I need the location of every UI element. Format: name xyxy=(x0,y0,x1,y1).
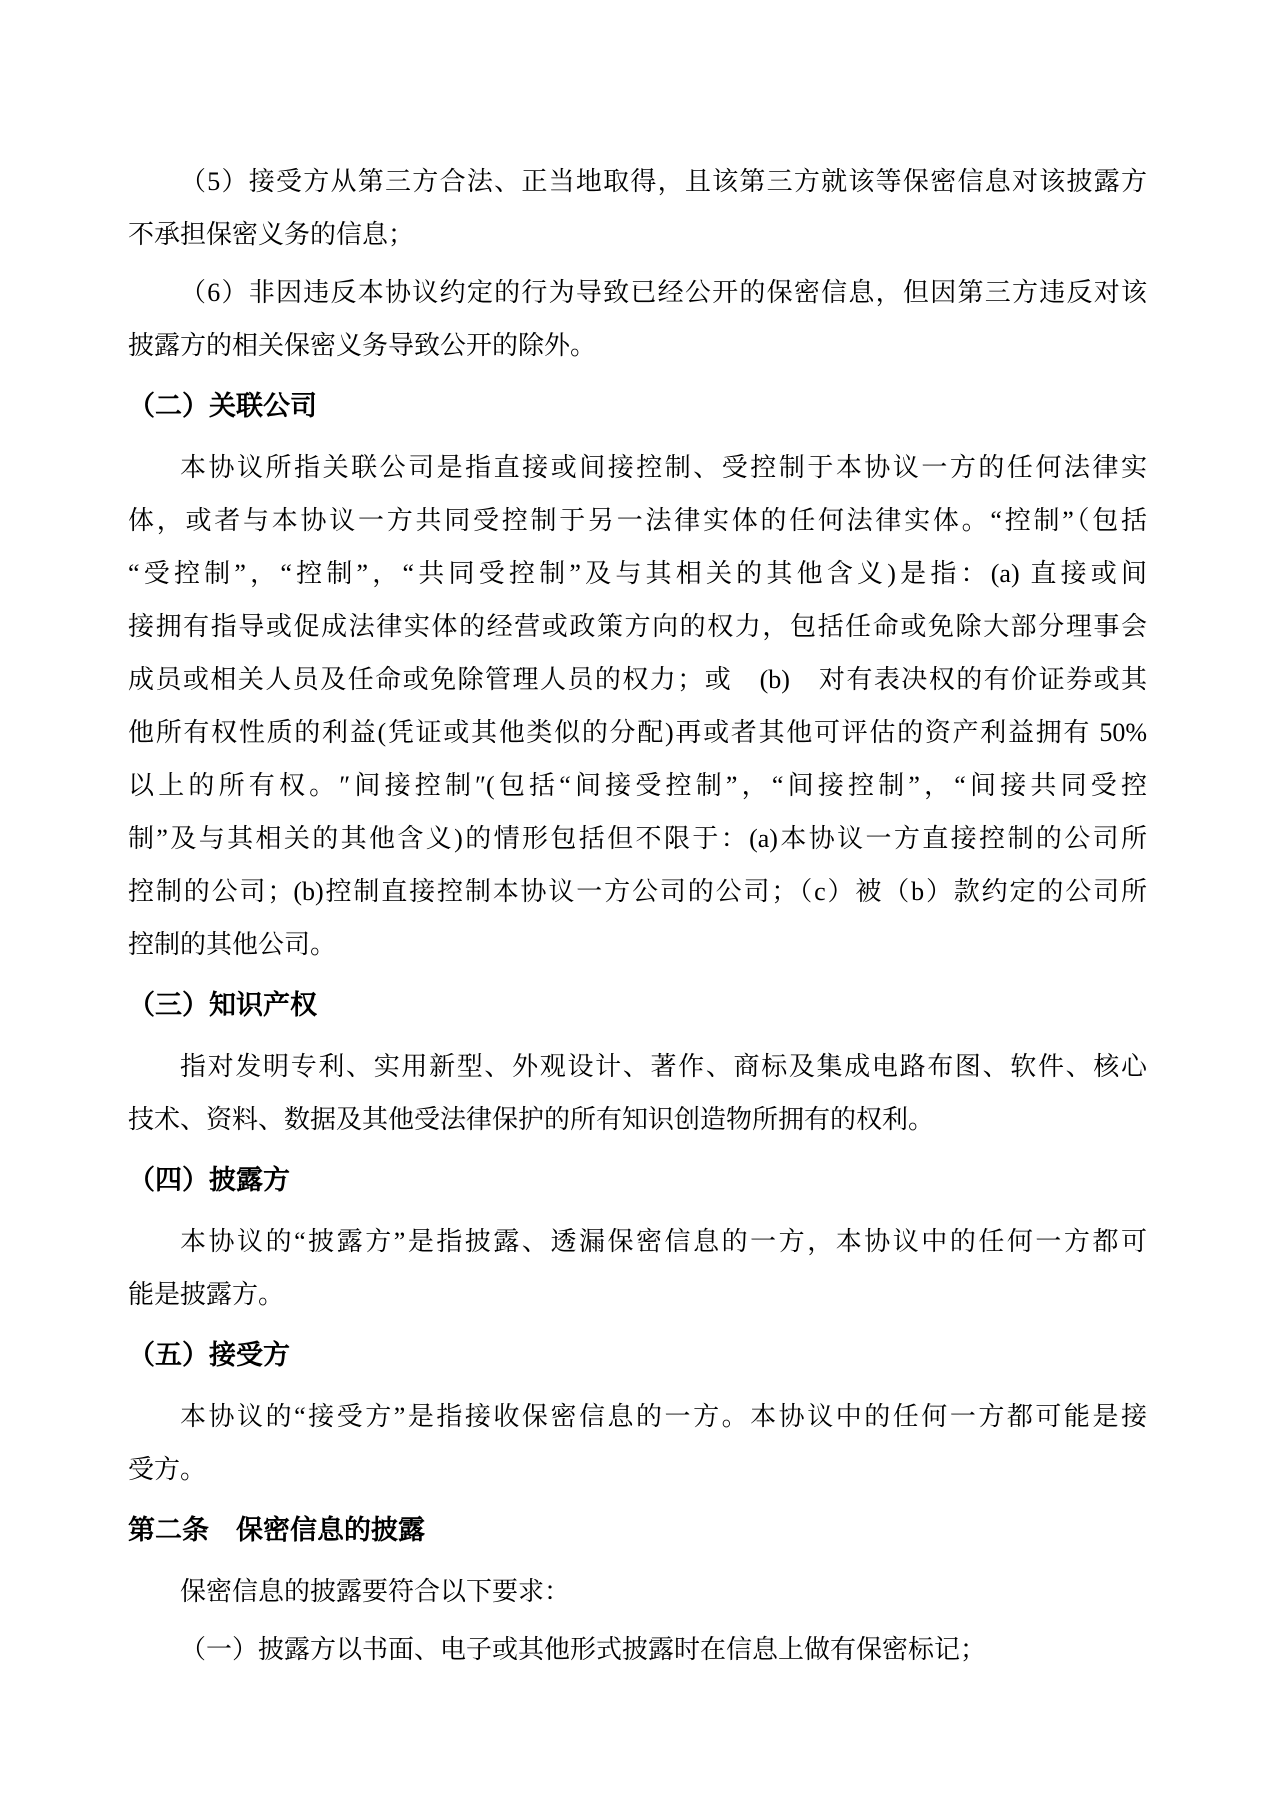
text-line: 以上的所有权。″间接控制″(包括“间接受控制”，“间接控制”，“间接共同受控 xyxy=(128,759,1147,812)
document-body: （5）接受方从第三方合法、正当地取得，且该第三方就该等保密信息对该披露方不承担保… xyxy=(0,0,1280,1721)
section-heading: （三）知识产权 xyxy=(128,979,1147,1032)
text-line: 保密信息的披露要符合以下要求： xyxy=(128,1565,1147,1618)
text-line: （四）披露方 xyxy=(128,1154,1147,1207)
text-line: （一）披露方以书面、电子或其他形式披露时在信息上做有保密标记； xyxy=(128,1623,1147,1676)
text-line: （二）关联公司 xyxy=(128,380,1147,433)
paragraph: （6）非因违反本协议约定的行为导致已经公开的保密信息，但因第三方违反对该披露方的… xyxy=(128,266,1147,372)
paragraph: 指对发明专利、实用新型、外观设计、著作、商标及集成电路布图、软件、核心技术、资料… xyxy=(128,1040,1147,1146)
text-line: 他所有权性质的利益(凭证或其他类似的分配)再或者其他可评估的资产利益拥有 50% xyxy=(128,706,1147,759)
text-line: 本协议的“接受方”是指接收保密信息的一方。本协议中的任何一方都可能是接 xyxy=(128,1390,1147,1443)
text-line: （6）非因违反本协议约定的行为导致已经公开的保密信息，但因第三方违反对该 xyxy=(128,266,1147,319)
paragraph: （一）披露方以书面、电子或其他形式披露时在信息上做有保密标记； xyxy=(128,1623,1147,1676)
paragraph: （5）接受方从第三方合法、正当地取得，且该第三方就该等保密信息对该披露方不承担保… xyxy=(128,155,1147,261)
text-line: 体，或者与本协议一方共同受控制于另一法律实体的任何法律实体。“控制”（包括 xyxy=(128,494,1147,547)
text-line: 受方。 xyxy=(128,1443,1147,1496)
article-heading: 第二条 保密信息的披露 xyxy=(128,1504,1147,1557)
text-line: 能是披露方。 xyxy=(128,1268,1147,1321)
text-line: 本协议的“披露方”是指披露、透漏保密信息的一方，本协议中的任何一方都可 xyxy=(128,1215,1147,1268)
text-line: “受控制”，“控制”，“共同受控制”及与其相关的其他含义)是指：(a) 直接或间 xyxy=(128,547,1147,600)
paragraph: 保密信息的披露要符合以下要求： xyxy=(128,1565,1147,1618)
text-line: 披露方的相关保密义务导致公开的除外。 xyxy=(128,319,1147,372)
text-line: （5）接受方从第三方合法、正当地取得，且该第三方就该等保密信息对该披露方 xyxy=(128,155,1147,208)
text-line: （五）接受方 xyxy=(128,1329,1147,1382)
paragraph: 本协议的“披露方”是指披露、透漏保密信息的一方，本协议中的任何一方都可能是披露方… xyxy=(128,1215,1147,1321)
text-line: 制”及与其相关的其他含义)的情形包括但不限于：(a)本协议一方直接控制的公司所 xyxy=(128,812,1147,865)
text-line: 控制的公司；(b)控制直接控制本协议一方公司的公司；（c）被（b）款约定的公司所 xyxy=(128,865,1147,918)
text-line: （三）知识产权 xyxy=(128,979,1147,1032)
text-line: 控制的其他公司。 xyxy=(128,918,1147,971)
text-line: 接拥有指导或促成法律实体的经营或政策方向的权力，包括任命或免除大部分理事会 xyxy=(128,600,1147,653)
document-page: （5）接受方从第三方合法、正当地取得，且该第三方就该等保密信息对该披露方不承担保… xyxy=(0,0,1280,1809)
text-line: 不承担保密义务的信息； xyxy=(128,208,1147,261)
text-line: 本协议所指关联公司是指直接或间接控制、受控制于本协议一方的任何法律实 xyxy=(128,441,1147,494)
text-line: 第二条 保密信息的披露 xyxy=(128,1504,1147,1557)
text-line: 指对发明专利、实用新型、外观设计、著作、商标及集成电路布图、软件、核心 xyxy=(128,1040,1147,1093)
paragraph: 本协议的“接受方”是指接收保密信息的一方。本协议中的任何一方都可能是接受方。 xyxy=(128,1390,1147,1496)
text-line: 技术、资料、数据及其他受法律保护的所有知识创造物所拥有的权利。 xyxy=(128,1093,1147,1146)
paragraph: 本协议所指关联公司是指直接或间接控制、受控制于本协议一方的任何法律实体，或者与本… xyxy=(128,441,1147,971)
section-heading: （五）接受方 xyxy=(128,1329,1147,1382)
text-line: 成员或相关人员及任命或免除管理人员的权力；或 (b) 对有表决权的有价证券或其 xyxy=(128,653,1147,706)
section-heading: （四）披露方 xyxy=(128,1154,1147,1207)
section-heading: （二）关联公司 xyxy=(128,380,1147,433)
